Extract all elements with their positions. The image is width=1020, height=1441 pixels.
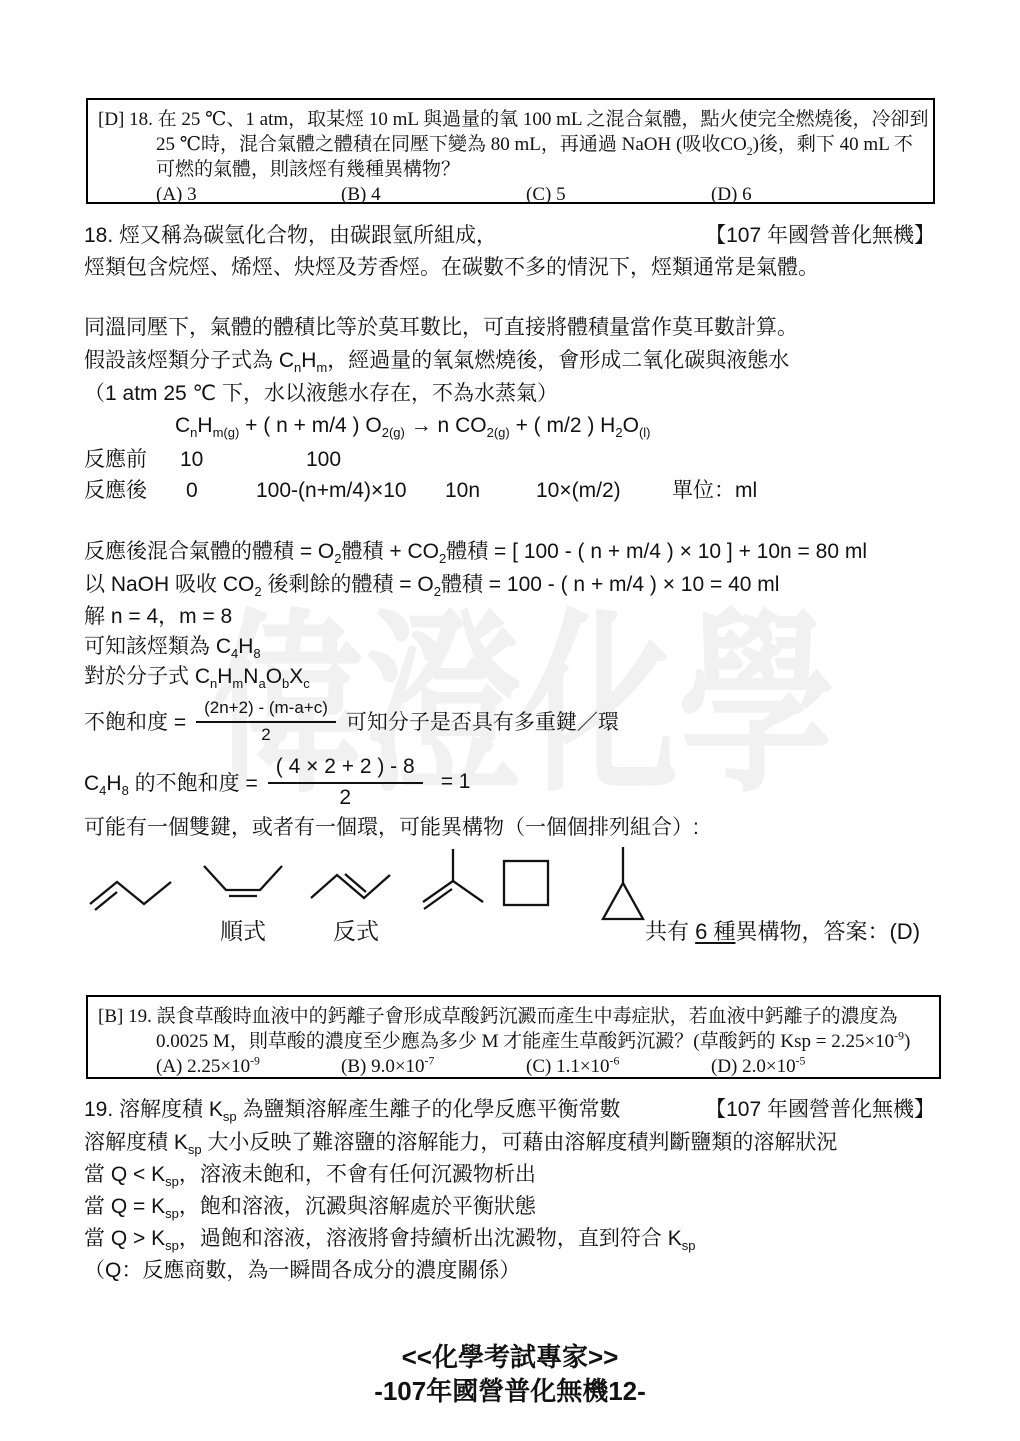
q18-solution-para3: 假設該烴類分子式為 CnHm，經過量的氧氣燃燒後，會形成二氧化碳與液態水 — [84, 347, 789, 374]
exam-solution-page: 偉澄化學 [D] 18. 在 25 ℃、1 atm，取某烴 10 mL 與過量的… — [0, 0, 1020, 1441]
q18-solution-para1: 烴類包含烷烴、烯烴、炔烴及芳香烴。在碳數不多的情況下，烴類通常是氣體。 — [84, 254, 819, 281]
q18-solution-intro-row: 18. 烴又稱為碳氫化合物，由碳跟氫所組成， 【107 年國營普化無機】 — [84, 222, 935, 249]
frac2-prefix: C4H8 的不飽和度 = — [84, 767, 258, 797]
q18-isomer-note: 可能有一個雙鍵，或者有一個環，可能異構物（一個個排列組合）: — [84, 814, 699, 841]
q18-calc1: 反應後混合氣體的體積 = O2體積 + CO2體積 = [ 100 - ( n … — [84, 538, 867, 565]
c4h8-unsaturation-calc: C4H8 的不飽和度 = ( 4 × 2 + 2 ) - 8 2 = 1 — [84, 752, 470, 812]
after-val4: 10×(m/2) — [536, 477, 621, 504]
frac2-denominator: 2 — [268, 782, 423, 810]
q18-conclusion: 共有 6 種異構物，答案：(D) — [645, 915, 920, 946]
cis-label: 順式 — [220, 913, 266, 946]
q19-solution-intro: 19. 溶解度積 Ksp 為鹽類溶解產生離子的化學反應平衡常數 — [84, 1096, 620, 1123]
q19-line1: [B] 19. 誤食草酸時血液中的鈣離子會形成草酸鈣沉澱而產生中毒症狀，若血液中… — [98, 1004, 929, 1029]
question-box-18: [D] 18. 在 25 ℃、1 atm，取某烴 10 mL 與過量的氧 100… — [86, 98, 935, 204]
q19-option-d: (D) 2.0×10-5 — [711, 1054, 805, 1079]
frac1-prefix: 不飽和度 = — [84, 706, 186, 736]
frac1-numerator: (2n+2) - (m-a+c) — [196, 698, 336, 721]
q19-solution-line3: 當 Q = Ksp，飽和溶液，沉澱與溶解處於平衡狀態 — [84, 1193, 536, 1220]
before-val2: 100 — [306, 446, 341, 473]
q18-solution-intro: 18. 烴又稱為碳氫化合物，由碳跟氫所組成， — [84, 222, 497, 249]
q18-option-a: (A) 3 — [156, 182, 341, 207]
footer-brand: <<化學考試專家>> — [0, 1337, 1020, 1374]
trans-label: 反式 — [333, 913, 379, 946]
q18-calc5: 對於分子式 CnHmNaObXc — [84, 663, 310, 690]
q19-answer-tag: [B] — [98, 1006, 123, 1027]
q19-options: (A) 2.25×10-9 (B) 9.0×10-7 (C) 1.1×10-6 … — [98, 1054, 929, 1079]
structure-trans-2-butene-icon — [305, 858, 400, 908]
q19-option-a: (A) 2.25×10-9 — [156, 1054, 341, 1079]
structure-cyclobutane-icon — [498, 855, 554, 911]
q19-line2: 0.0025 M，則草酸的濃度至少應為多少 M 才能產生草酸鈣沉澱？(草酸鈣的 … — [98, 1029, 929, 1054]
frac2-numerator: ( 4 × 2 + 2 ) - 8 — [268, 755, 423, 782]
before-label: 反應前 — [84, 446, 147, 473]
q18-line3: 可燃的氣體，則該烴有幾種異構物？ — [98, 157, 923, 182]
q18-source-tag: 【107 年國營普化無機】 — [705, 222, 935, 249]
q18-option-b: (B) 4 — [341, 182, 526, 207]
q18-calc3: 解 n = 4，m = 8 — [84, 603, 232, 630]
frac1-fraction: (2n+2) - (m-a+c) 2 — [196, 698, 336, 745]
q18-calc4: 可知該烴類為 C4H8 — [84, 633, 261, 660]
structure-methylcyclopropane-icon — [590, 843, 654, 925]
structure-isobutylene-icon — [408, 845, 493, 915]
structure-cis-2-butene-icon — [196, 856, 291, 906]
unit-label: 單位：ml — [672, 477, 757, 504]
frac2-fraction: ( 4 × 2 + 2 ) - 8 2 — [268, 755, 423, 810]
q18-solution-para2: 同溫同壓下，氣體的體積比等於莫耳數比，可直接將體積量當作莫耳數計算。 — [84, 314, 798, 341]
structure-1-butene-icon — [86, 862, 181, 914]
q19-solution-line4: 當 Q > Ksp，過飽和溶液，溶液將會持續析出沈澱物，直到符合 Ksp — [84, 1225, 695, 1252]
q18-line1: [D] 18. 在 25 ℃、1 atm，取某烴 10 mL 與過量的氧 100… — [98, 107, 923, 132]
q18-answer-tag: [D] — [98, 109, 124, 130]
q18-option-c: (C) 5 — [526, 182, 711, 207]
after-val2: 100-(n+m/4)×10 — [256, 477, 407, 504]
q18-calc2: 以 NaOH 吸收 CO2 後剩餘的體積 = O2體積 = 100 - ( n … — [84, 571, 779, 598]
frac1-denominator: 2 — [196, 721, 336, 745]
q18-line2: 25 ℃時，混合氣體之體積在同壓下變為 80 mL，再通過 NaOH (吸收CO… — [98, 132, 923, 157]
unsaturation-formula: 不飽和度 = (2n+2) - (m-a+c) 2 可知分子是否具有多重鍵／環 — [84, 693, 619, 749]
combustion-equation: CnHm(g) + ( n + m/4 ) O2(g) → n CO2(g) +… — [175, 412, 651, 439]
q19-option-b: (B) 9.0×10-7 — [341, 1054, 526, 1079]
q18-number: 18. — [129, 109, 153, 130]
q18-solution-para4: （1 atm 25 ℃ 下，水以液態水存在，不為水蒸氣） — [84, 380, 558, 407]
after-val3: 10n — [445, 477, 480, 504]
q19-number: 19. — [128, 1006, 152, 1027]
q19-solution-line2: 當 Q < Ksp，溶液未飽和，不會有任何沉澱物析出 — [84, 1161, 536, 1188]
q19-solution-line1: 溶解度積 Ksp 大小反映了難溶鹽的溶解能力，可藉由溶解度積判斷鹽類的溶解狀況 — [84, 1129, 837, 1156]
q19-solution-line5: （Q：反應商數，為一瞬間各成分的濃度關係） — [84, 1257, 520, 1284]
frac1-suffix: 可知分子是否具有多重鍵／環 — [346, 706, 619, 736]
q18-options: (A) 3 (B) 4 (C) 5 (D) 6 — [98, 182, 923, 207]
question-box-19: [B] 19. 誤食草酸時血液中的鈣離子會形成草酸鈣沉澱而產生中毒症狀，若血液中… — [86, 995, 941, 1079]
q19-source-tag: 【107 年國營普化無機】 — [705, 1096, 935, 1123]
after-val1: 0 — [186, 477, 198, 504]
after-label: 反應後 — [84, 477, 147, 504]
q18-option-d: (D) 6 — [711, 182, 752, 207]
before-val1: 10 — [180, 446, 203, 473]
q19-option-c: (C) 1.1×10-6 — [526, 1054, 711, 1079]
footer-page-label: -107年國營普化無機12- — [0, 1371, 1020, 1408]
q19-solution-intro-row: 19. 溶解度積 Ksp 為鹽類溶解產生離子的化學反應平衡常數 【107 年國營… — [84, 1096, 935, 1123]
frac2-suffix: = 1 — [441, 770, 471, 794]
